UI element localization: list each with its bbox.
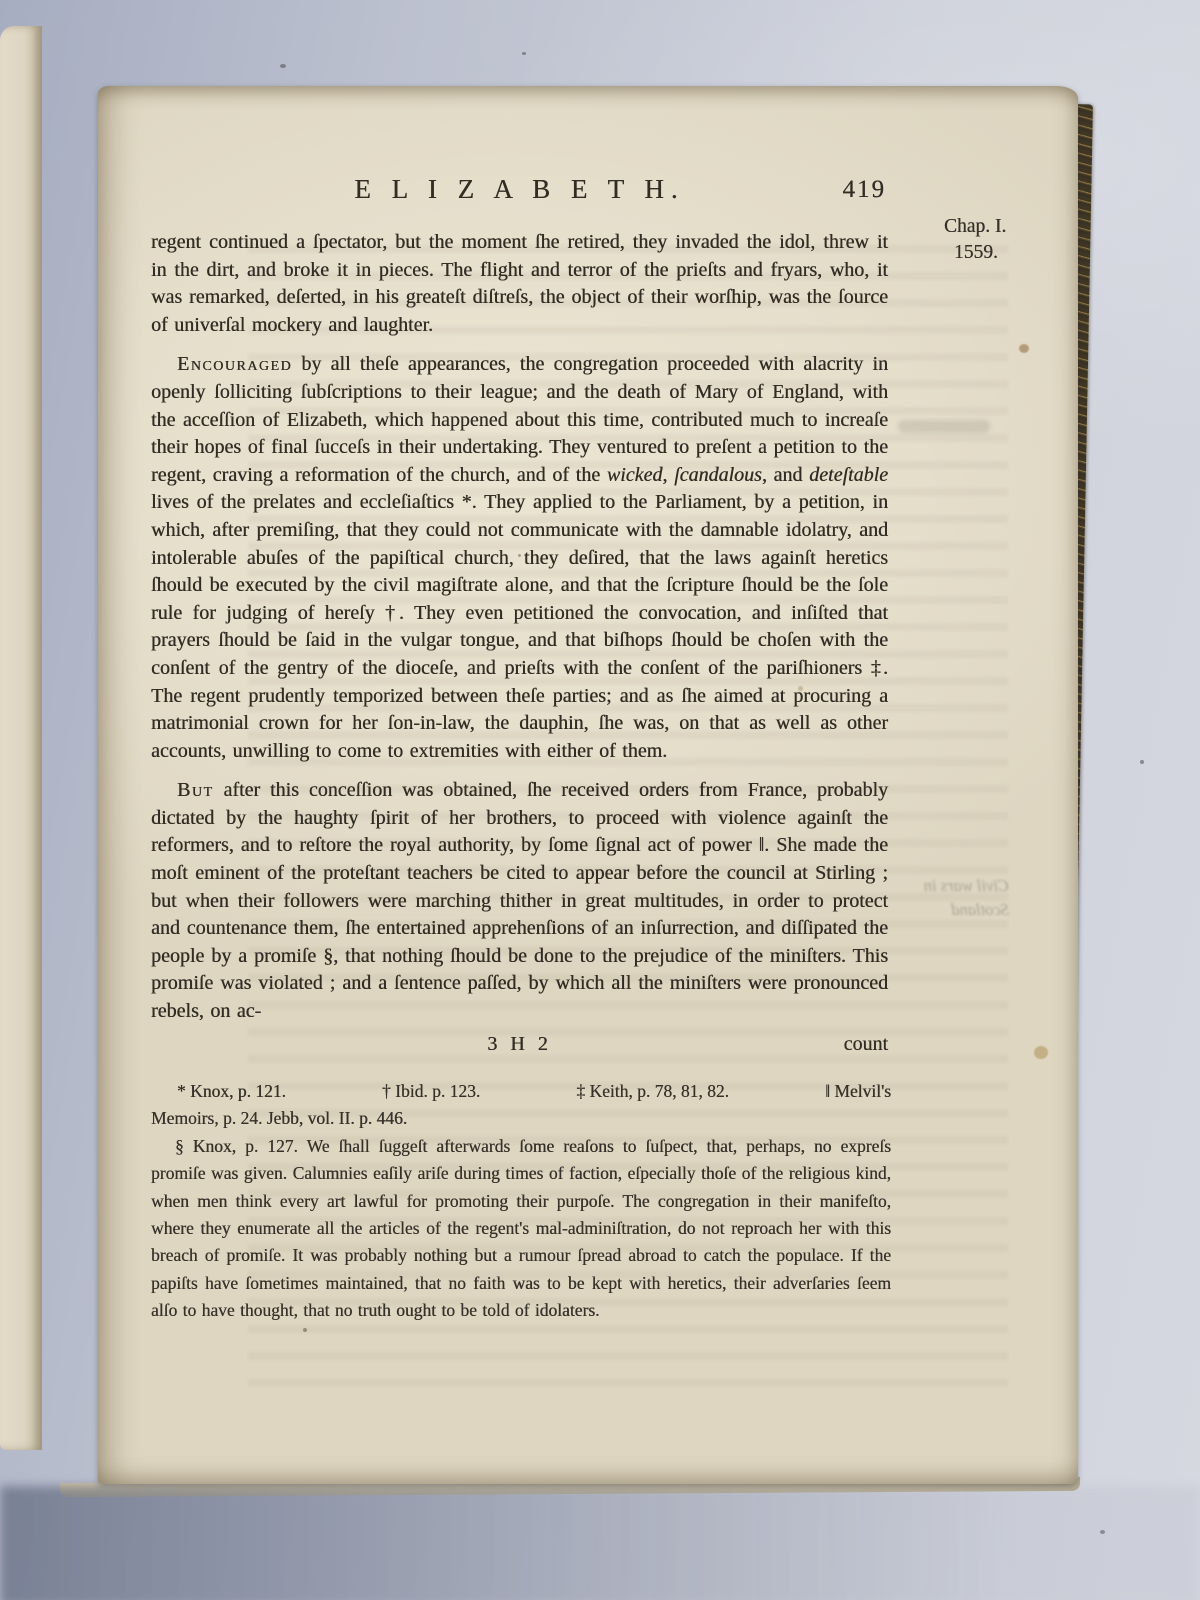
book-underpages-left-edge [0,26,42,1450]
paragraph-text: regent continued a ſpectator, but the mo… [151,231,888,336]
gathering-signature: 3 H 2 [487,1033,551,1056]
footnote-section-note: § Knox, p. 127. We ſhall ſuggeſt afterwa… [151,1133,891,1325]
paragraph-text: , and [762,464,809,486]
page-number: 419 [843,176,887,204]
paragraph-text: , [662,464,674,486]
photo-backdrop: E L I Z A B E T H. 419 regent continued … [0,0,1200,1600]
text-column: E L I Z A B E T H. 419 regent continued … [151,174,888,1063]
footnote-citation: * Knox, p. 121. [177,1078,286,1105]
margin-chapter: Chap. I. [944,214,1069,240]
margin-year: 1559. [944,240,1069,266]
body-text: regent continued a ſpectator, but the mo… [151,229,888,1063]
book-cast-shadow [0,1486,1200,1600]
footnote-citations-row: * Knox, p. 121. † Ibid. p. 123. ‡ Keith,… [151,1078,891,1105]
footnote-citation: † Ibid. p. 123. [382,1078,480,1105]
foxing-spot [1034,1046,1048,1059]
paragraph-text: lives of the prelates and eccleſiaſtics … [151,491,888,761]
running-header: E L I Z A B E T H. 419 [151,174,888,208]
running-title: E L I Z A B E T H. [151,174,888,205]
foxing-spot [798,686,803,691]
footnote-citation: ‡ Keith, p. 78, 81, 82. [576,1078,729,1105]
dust-speck [280,64,286,68]
book-page: E L I Z A B E T H. 419 regent continued … [98,86,1078,1484]
foxing-spot [518,554,521,557]
footnote-citation: ‖ Melvil's [825,1078,891,1105]
signature-line: 3 H 2 count [151,1033,888,1063]
paragraph-text: after this conceſſion was obtained, ſhe … [151,779,888,1022]
verso-ghost-margin-note: Civil wars in Scotland [891,874,1009,922]
body-paragraph-2: Encouraged by all theſe appearances, the… [151,351,888,765]
footnotes-block: * Knox, p. 121. † Ibid. p. 123. ‡ Keith,… [151,1078,891,1325]
paragraph-lead-smallcaps: But [177,779,214,801]
paragraph-lead-smallcaps: Encouraged [177,353,292,375]
italic-word: ſcandalous [674,464,762,486]
catchword: count [844,1033,888,1056]
dust-speck [522,52,526,55]
foxing-spot [1019,344,1029,353]
italic-word: wicked [607,464,663,486]
footnote-citation-continuation: Memoirs, p. 24. Jebb, vol. II. p. 446. [151,1105,891,1132]
margin-chapter-note: Chap. I. 1559. [944,214,1069,266]
italic-word: deteſtable [809,464,888,486]
dust-speck [1140,760,1144,764]
foxing-spot [303,1328,307,1332]
body-paragraph-1: regent continued a ſpectator, but the mo… [151,229,888,339]
verso-ghost-smudge [898,420,990,433]
body-paragraph-3: But after this conceſſion was obtained, … [151,777,888,1025]
